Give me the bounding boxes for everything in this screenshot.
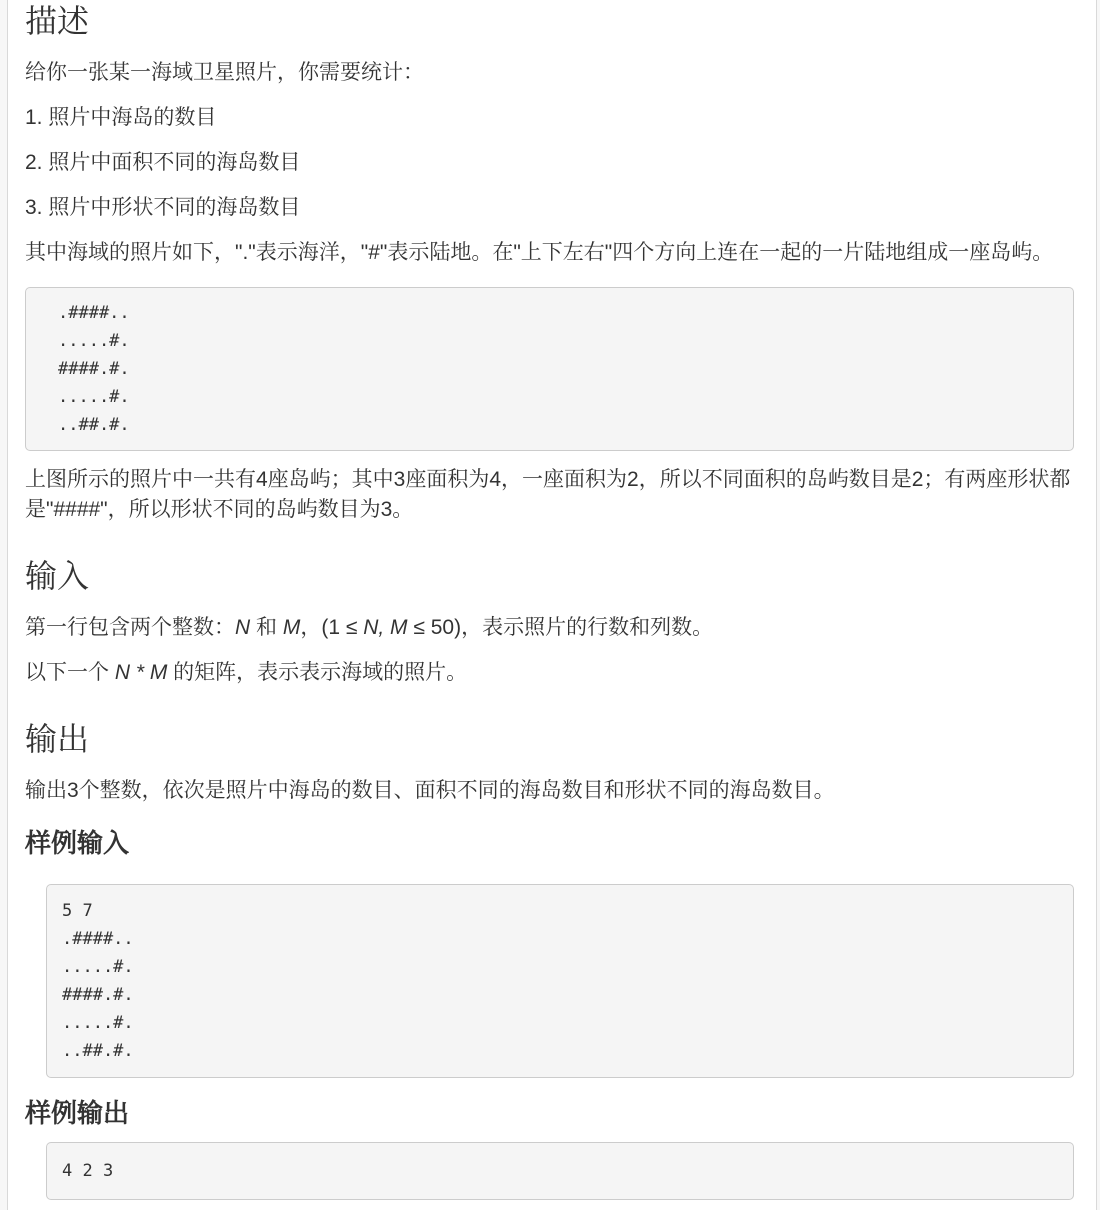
sample-input-heading: 样例输入 xyxy=(25,826,1074,860)
description-heading: 描述 xyxy=(25,2,1074,40)
description-intro: 给你一张某一海域卫星照片，你需要统计： xyxy=(25,58,1074,88)
description-item-1: 1. 照片中海岛的数目 xyxy=(25,103,1074,133)
output-description: 输出3个整数，依次是照片中海岛的数目、面积不同的海岛数目和形状不同的海岛数目。 xyxy=(25,776,1074,806)
input-heading: 输入 xyxy=(25,557,1074,595)
input-line-2: 以下一个 N * M 的矩阵，表示表示海域的照片。 xyxy=(25,658,1074,688)
sample-output-code-block: 4 2 3 xyxy=(46,1142,1074,1200)
description-explanation: 上图所示的照片中一共有4座岛屿；其中3座面积为4，一座面积为2，所以不同面积的岛… xyxy=(25,465,1074,525)
description-legend: 其中海域的照片如下，"."表示海洋，"#"表示陆地。在"上下左右"四个方向上连在… xyxy=(25,238,1074,268)
problem-statement-panel: 描述 给你一张某一海域卫星照片，你需要统计： 1. 照片中海岛的数目 2. 照片… xyxy=(7,0,1097,1210)
island-map-code-block: .####.. .....#. ####.#. .....#. ..##.#. xyxy=(25,287,1074,451)
description-item-3: 3. 照片中形状不同的海岛数目 xyxy=(25,193,1074,223)
output-heading: 输出 xyxy=(25,720,1074,758)
input-line-1: 第一行包含两个整数：N 和 M，(1 ≤ N, M ≤ 50)，表示照片的行数和… xyxy=(25,613,1074,643)
sample-input-code-block: 5 7 .####.. .....#. ####.#. .....#. ..##… xyxy=(46,884,1074,1078)
description-item-2: 2. 照片中面积不同的海岛数目 xyxy=(25,148,1074,178)
sample-output-heading: 样例输出 xyxy=(25,1096,1074,1130)
